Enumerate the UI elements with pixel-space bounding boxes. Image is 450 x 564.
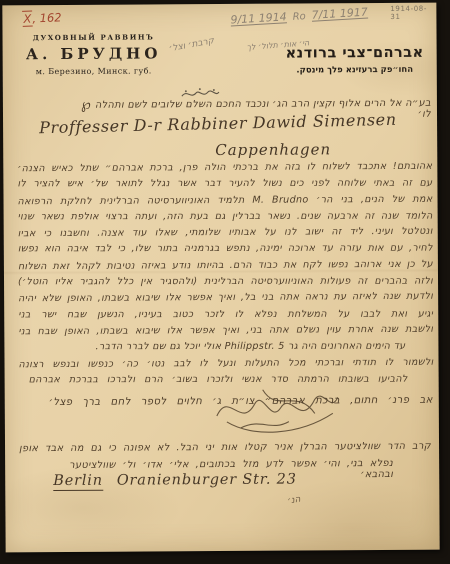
signature-scrawl-icon	[211, 383, 343, 438]
opening-paraph: ℘	[81, 97, 91, 113]
letter-paper: X, 162 9/11 1914Ro7/11 1917 1914-08-31 ק…	[2, 3, 439, 553]
letterhead-russian: ДУХОВНЫЙ РАВВИНЪ А. БРУДНО м. Березино, …	[19, 32, 169, 76]
scanned-letter-page: X, 162 9/11 1914Ro7/11 1917 1914-08-31 ק…	[0, 0, 450, 564]
shelfmark-roman-numeral: X	[22, 10, 33, 26]
recipient-name: Proffesser D-r Rabbiner Dawid Simensen	[39, 110, 397, 137]
body-line: ולשבת שנה אחרת עוין נשלם אתה בני, ואיך א…	[18, 324, 433, 343]
body-line-address: עד הימים האחרונים היה גר Philippstr. 5 א…	[18, 341, 433, 358]
pencil-dates: 9/11 1914Ro7/11 1917	[230, 6, 368, 27]
recipient-city: Cappenhagen	[215, 140, 331, 159]
body-line: אמת של הנים, בני הר׳ M. Brudno תלמיד האו…	[17, 193, 432, 212]
archive-corner-date: 1914-08-31	[390, 5, 436, 21]
body-line: לחיר, עם אות עזרה עד ארוכה ימינה, נתפש ב…	[18, 243, 433, 260]
pencil-initials: Ro	[292, 11, 306, 23]
letterhead-hebrew-place: החו״פק ברעזינא פלך מינסק.	[279, 65, 431, 76]
pencil-note-left: קרבת׳ וצל׳	[168, 36, 215, 54]
letter-body: אהובתם! אתכבד לשלוח לו בזה את ברכתי הולה…	[17, 161, 433, 392]
body-line: ולדעת שנה לאיזה עת נראה אתה בני בל, ואיך…	[18, 291, 433, 310]
letterhead-russian-title: ДУХОВНЫЙ РАВВИНЪ	[19, 32, 169, 42]
pencil-date-left: 9/11 1914	[230, 10, 287, 26]
body-line: עם זה באתי שלוחה לפני כים נשול להעיר דבר…	[17, 178, 432, 195]
bottom-mark: הנ׳	[287, 495, 302, 507]
letterhead-russian-name: А. БРУДНО	[19, 44, 169, 63]
body-line: על כן אני ארוהב נפשו לקח את כבוד הרם. בה…	[18, 258, 433, 277]
postscript-line: קרב הדר שוולציטער הברלן אניר קטלו אות ינ…	[19, 441, 431, 455]
letterhead-hebrew-name: אברהם־צבי ברודנא	[279, 45, 431, 62]
address-street: Oranienburger Str. 23	[117, 472, 297, 489]
body-line: יגיע ואת לבבו על המשלחת נפלא לו לזכר כטו…	[18, 308, 433, 325]
address-city: Berlin	[53, 473, 103, 491]
sender-address: BerlinOranienburger Str. 23	[53, 472, 297, 489]
pencil-date-right: 7/11 1917	[311, 6, 368, 22]
shelfmark: X, 162	[22, 10, 62, 26]
body-line: ולשמור לו תודתי וברכתי מכל התעלות ונעל ל…	[18, 356, 433, 375]
body-line: אהובתם! אתכבד לשלוח לו בזה את ברכתי הולה…	[17, 161, 432, 180]
body-line: הלומד שנה זה ארבעה שנים. נשאר בברלין גם …	[18, 211, 433, 228]
shelfmark-number: , 162	[32, 10, 62, 25]
letterhead-russian-place: м. Березино, Минск. губ.	[19, 66, 169, 76]
letterhead-hebrew: אברהם־צבי ברודנא החו״פק ברעזינא פלך מינס…	[279, 45, 431, 76]
body-line: ולזה בהברים זה פעולות האוניווערסיטה הברל…	[18, 276, 433, 293]
